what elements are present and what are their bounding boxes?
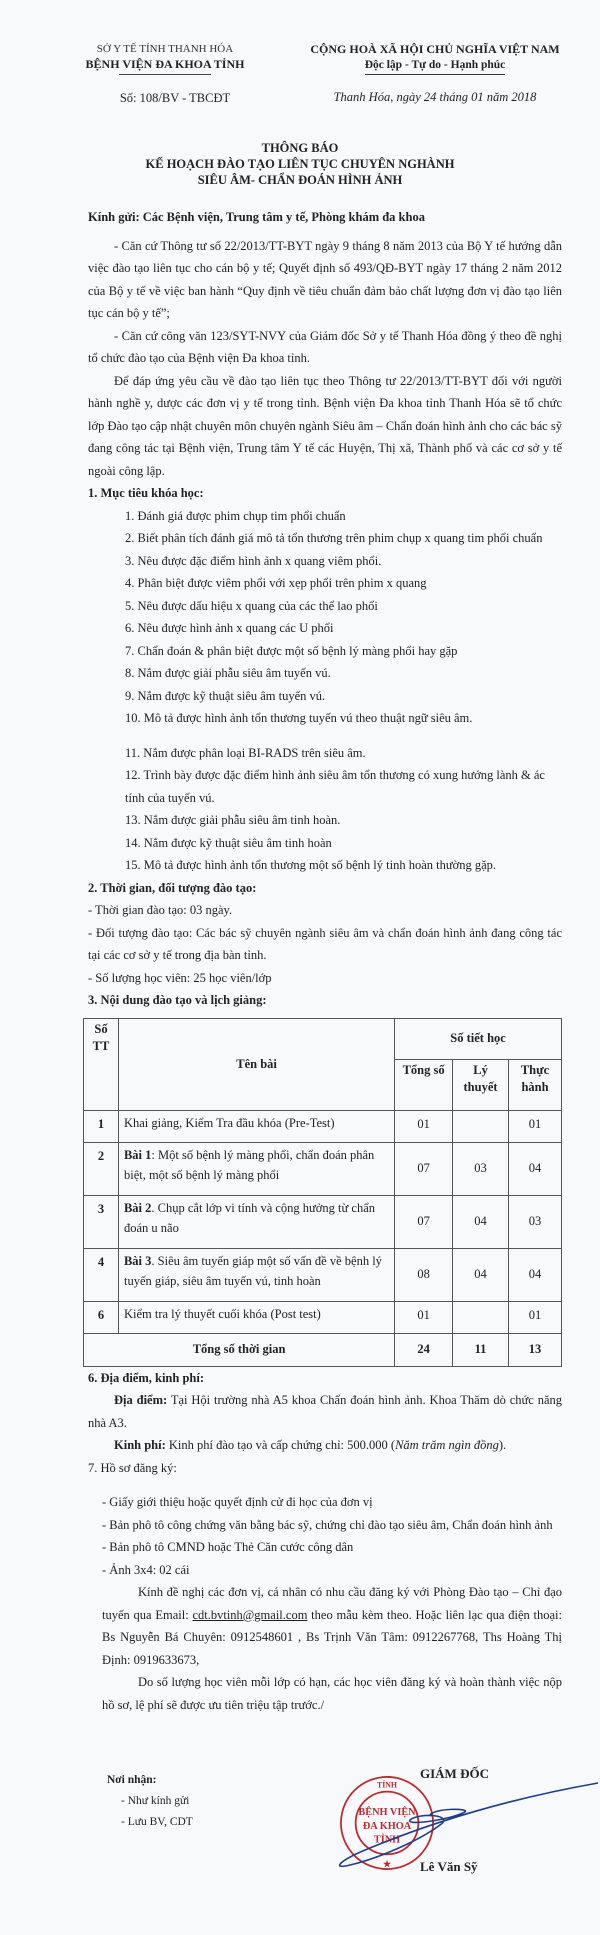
location-label: Địa điểm:	[114, 1393, 167, 1407]
title-line-1: THÔNG BÁO	[0, 140, 600, 156]
objective-item: 10. Mô tả được hình ảnh tổn thương tuyến…	[125, 707, 562, 730]
objectives-list: 1. Đánh giá được phim chụp tim phổi chuẩ…	[88, 505, 562, 877]
periods-practice: 04	[509, 1142, 562, 1195]
section-schedule-heading: 3. Nội dung đào tạo và lịch giảng:	[88, 989, 562, 1012]
location-text: Địa điểm: Tại Hội trường nhà A5 khoa Chẩ…	[88, 1389, 562, 1434]
section-time-heading: 2. Thời gian, đối tượng đào tạo:	[88, 877, 562, 900]
registration-items: - Giấy giới thiệu hoặc quyết định cử đi …	[88, 1491, 562, 1716]
objective-item: 13. Nắm được giải phẫu siêu âm tinh hoàn…	[125, 809, 562, 832]
periods-practice: 01	[509, 1110, 562, 1142]
table-row: 6Kiểm tra lý thuyết cuối khóa (Post test…	[84, 1301, 562, 1333]
preamble-3: Để đáp ứng yêu cầu về đào tạo liên tục t…	[88, 370, 562, 483]
recipient-item: - Như kính gửi	[107, 1791, 193, 1812]
recipient-item: - Lưu BV, CDT	[107, 1812, 193, 1833]
department-name: SỞ Y TẾ TỈNH THANH HÓA	[60, 42, 270, 57]
objective-item: 5. Nêu được dấu hiệu x quang của các thể…	[125, 595, 562, 618]
lesson-name: Bài 3. Siêu âm tuyến giáp một số vấn đề …	[118, 1248, 394, 1301]
periods-practice: 04	[509, 1248, 562, 1301]
periods-practice: 03	[509, 1195, 562, 1248]
periods-theory	[453, 1110, 509, 1142]
issuer-block: SỞ Y TẾ TỈNH THANH HÓA BỆNH VIỆN ĐA KHOA…	[60, 42, 270, 106]
total-label: Tổng số thời gian	[84, 1333, 395, 1366]
training-capacity: - Số lượng học viên: 25 học viên/lớp	[88, 967, 562, 990]
hospital-name: BỆNH VIỆN ĐA KHOA TỈNH	[60, 57, 270, 72]
registration-item: - Bản phô tô công chứng văn bằng bác sỹ,…	[102, 1514, 562, 1537]
header-theory: Lý thuyết	[453, 1059, 509, 1110]
closing-paragraph: Do số lượng học viên mỗi lớp có hạn, các…	[102, 1671, 562, 1716]
objective-item: 4. Phân biệt được viêm phổi với xẹp phổi…	[125, 572, 562, 595]
objective-item: 3. Nêu được đặc điểm hình ảnh x quang vi…	[125, 550, 562, 573]
document-body: Kính gửi: Các Bệnh viện, Trung tâm y tế,…	[88, 206, 562, 1716]
row-number: 4	[84, 1248, 119, 1301]
preamble-1: - Căn cứ Thông tư số 22/2013/TT-BYT ngày…	[88, 235, 562, 325]
registration-item: - Giấy giới thiệu hoặc quyết định cử đi …	[102, 1491, 562, 1514]
objective-item: 14. Nắm được kỹ thuật siêu âm tinh hoàn	[125, 832, 562, 855]
periods-theory: 03	[453, 1142, 509, 1195]
lesson-name: Kiểm tra lý thuyết cuối khóa (Post test)	[118, 1301, 394, 1333]
lesson-prefix: Bài 2	[124, 1201, 151, 1215]
lesson-prefix: Bài 3	[124, 1254, 151, 1268]
title-line-3: SIÊU ÂM- CHẨN ĐOÁN HÌNH ẢNH	[0, 172, 600, 188]
training-duration: - Thời gian đào tạo: 03 ngày.	[88, 899, 562, 922]
objective-item: 15. Mô tả được hình ảnh tổn thương một s…	[125, 854, 562, 877]
objective-item: 9. Nắm được kỹ thuật siêu âm tuyến vú.	[125, 685, 562, 708]
title-line-2: KẾ HOẠCH ĐÀO TẠO LIÊN TỤC CHUYÊN NGHÀNH	[0, 156, 600, 172]
objective-item: 1. Đánh giá được phim chụp tim phổi chuẩ…	[125, 505, 562, 528]
registration-item: - Ảnh 3x4: 02 cái	[102, 1559, 562, 1582]
objective-item: 7. Chẩn đoán & phân biệt được một số bện…	[125, 640, 562, 663]
registration-item: - Bản phô tô CMND hoặc Thẻ Căn cước công…	[102, 1536, 562, 1559]
lesson-name: Khai giảng, Kiểm Tra đầu khóa (Pre-Test)	[118, 1110, 394, 1142]
header-periods: Số tiết học	[395, 1018, 562, 1059]
periods-total: 07	[395, 1195, 453, 1248]
section-objectives-heading: 1. Mục tiêu khóa học:	[88, 482, 562, 505]
periods-total: 08	[395, 1248, 453, 1301]
objective-item: 12. Trình bày được đặc điểm hình ảnh siê…	[125, 764, 562, 809]
document-title: THÔNG BÁO KẾ HOẠCH ĐÀO TẠO LIÊN TỤC CHUY…	[0, 140, 600, 188]
lesson-name: Bài 1: Một số bệnh lý màng phổi, chẩn đo…	[118, 1142, 394, 1195]
table-row: 3Bài 2. Chụp cắt lớp vi tính và cộng hưở…	[84, 1195, 562, 1248]
signer-name: Lê Văn Sỹ	[420, 1859, 478, 1875]
addressee: Kính gửi: Các Bệnh viện, Trung tâm y tế,…	[88, 206, 562, 229]
header-practice: Thực hành	[509, 1059, 562, 1110]
periods-practice: 01	[509, 1301, 562, 1333]
table-row: 2Bài 1: Một số bệnh lý màng phổi, chẩn đ…	[84, 1142, 562, 1195]
table-row: 1Khai giảng, Kiểm Tra đầu khóa (Pre-Test…	[84, 1110, 562, 1142]
objective-item: 8. Nắm được giải phẫu siêu âm tuyến vú.	[125, 662, 562, 685]
preamble-2: - Căn cứ công văn 123/SYT-NVY của Giám đ…	[88, 325, 562, 370]
table-row: 4Bài 3. Siêu âm tuyến giáp một số vấn đề…	[84, 1248, 562, 1301]
section-registration-heading: 7. Hồ sơ đăng ký:	[88, 1457, 562, 1480]
contact-paragraph: Kính đề nghị các đơn vị, cá nhân có nhu …	[102, 1581, 562, 1671]
lesson-name: Bài 2. Chụp cắt lớp vi tính và cộng hưởn…	[118, 1195, 394, 1248]
training-target: - Đối tượng đào tạo: Các bác sỹ chuyên n…	[88, 922, 562, 967]
row-number: 6	[84, 1301, 119, 1333]
national-motto: Độc lập - Tự do - Hạnh phúc	[365, 58, 506, 75]
nation-name: CỘNG HOÀ XÃ HỘI CHỦ NGHĨA VIỆT NAM	[290, 42, 580, 57]
total-theory: 11	[453, 1333, 509, 1366]
periods-theory: 04	[453, 1195, 509, 1248]
row-number: 2	[84, 1142, 119, 1195]
document-number: Số: 108/BV - TBCĐT	[60, 91, 270, 106]
periods-theory	[453, 1301, 509, 1333]
table-total-row: Tổng số thời gian 24 11 13	[84, 1333, 562, 1366]
fee-label: Kinh phí:	[114, 1438, 166, 1452]
periods-total: 01	[395, 1301, 453, 1333]
section-location-heading: 6. Địa điểm, kinh phí:	[88, 1367, 562, 1390]
recipients-heading: Nơi nhận:	[107, 1770, 193, 1791]
total-practice: 13	[509, 1333, 562, 1366]
lesson-prefix: Bài 1	[124, 1148, 151, 1162]
fee-text: Kinh phí: Kinh phí đào tạo và cấp chứng …	[88, 1434, 562, 1457]
row-number: 1	[84, 1110, 119, 1142]
objective-item: 6. Nêu được hình ảnh x quang các U phổi	[125, 617, 562, 640]
header-lesson-name: Tên bài	[118, 1018, 394, 1110]
email-link[interactable]: cdt.bvtinh@gmail.com	[192, 1608, 307, 1622]
row-number: 3	[84, 1195, 119, 1248]
objective-item: 2. Biết phân tích đánh giá mô tả tổn thư…	[125, 527, 562, 550]
schedule-table: Số TT Tên bài Số tiết học Tổng số Lý thu…	[83, 1018, 562, 1367]
divider	[119, 74, 211, 75]
header-stt: Số TT	[84, 1018, 119, 1110]
objective-item: 11. Nắm được phân loại BI-RADS trên siêu…	[125, 742, 562, 765]
recipients-block: Nơi nhận: - Như kính gửi - Lưu BV, CDT	[107, 1770, 193, 1833]
signature-icon	[330, 1780, 600, 1870]
national-header: CỘNG HOÀ XÃ HỘI CHỦ NGHĨA VIỆT NAM Độc l…	[290, 42, 580, 105]
fee-value: Kinh phí đào tạo và cấp chứng chỉ: 500.0…	[166, 1438, 395, 1452]
fee-in-words: Năm trăm ngìn đồng	[395, 1438, 499, 1452]
periods-total: 07	[395, 1142, 453, 1195]
periods-theory: 04	[453, 1248, 509, 1301]
issue-date: Thanh Hóa, ngày 24 tháng 01 năm 2018	[290, 90, 580, 105]
header-total: Tổng số	[395, 1059, 453, 1110]
total-periods: 24	[395, 1333, 453, 1366]
periods-total: 01	[395, 1110, 453, 1142]
